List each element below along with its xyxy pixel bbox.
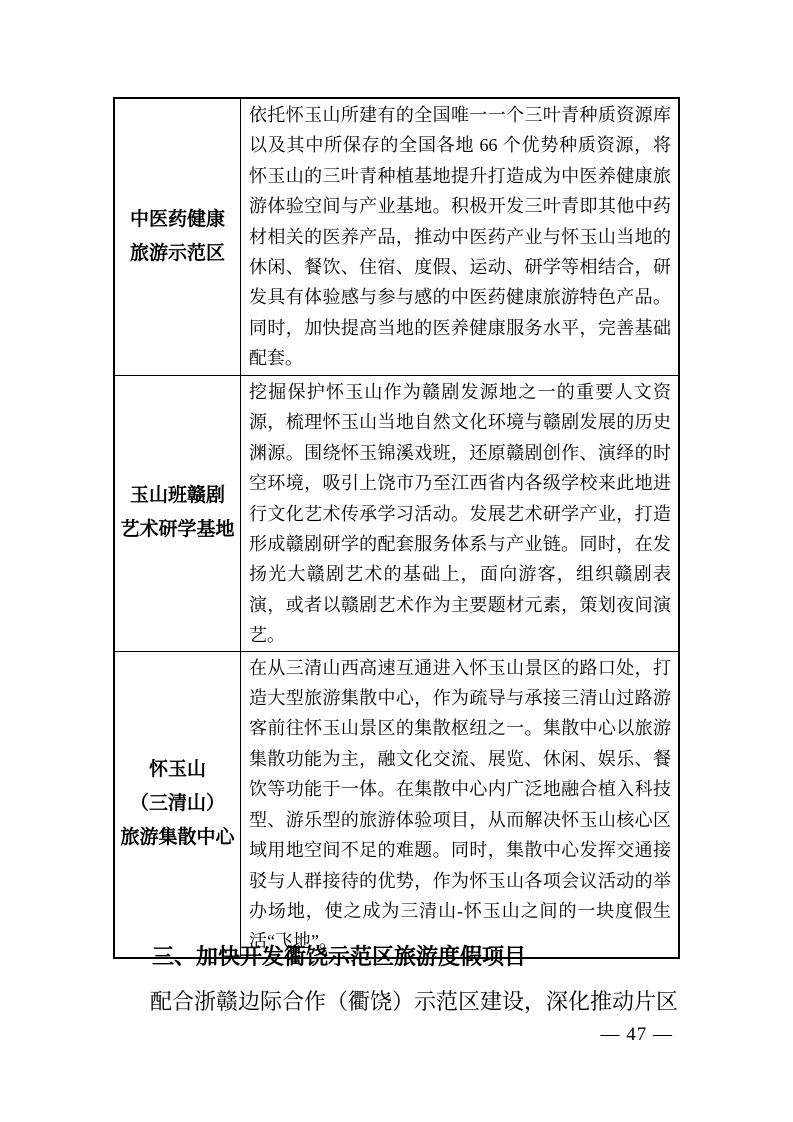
row-header-cell: 玉山班赣剧 艺术研学基地 [115, 376, 241, 651]
document-page: 中医药健康 旅游示范区 依托怀玉山所建有的全国唯一一个三叶青种质资源库以及其中所… [0, 0, 793, 1122]
row-header-line: 中医药健康 [130, 203, 225, 237]
row-header-line: 玉山班赣剧 [130, 479, 225, 513]
table-row-tourist-distribution-center: 怀玉山 （三清山） 旅游集散中心 在从三清山西高速互通进入怀玉山景区的路口处，打… [115, 651, 678, 957]
row-header-line: 旅游示范区 [130, 237, 225, 271]
row-header-line: 怀玉山 [149, 753, 206, 787]
page-number: — 47 — [601, 1024, 674, 1046]
table-row-tcm-health-tourism-zone: 中医药健康 旅游示范区 依托怀玉山所建有的全国唯一一个三叶青种质资源库以及其中所… [115, 99, 678, 375]
row-header-line: 艺术研学基地 [120, 513, 234, 547]
section-heading: 三、加快开发衢饶示范区旅游度假项目 [152, 942, 526, 972]
project-table: 中医药健康 旅游示范区 依托怀玉山所建有的全国唯一一个三叶青种质资源库以及其中所… [113, 97, 680, 959]
row-content-cell: 挖掘保护怀玉山作为赣剧发源地之一的重要人文资源，梳理怀玉山当地自然文化环境与赣剧… [241, 376, 678, 651]
row-header-cell: 怀玉山 （三清山） 旅游集散中心 [115, 652, 241, 957]
table-row-gan-opera-study-base: 玉山班赣剧 艺术研学基地 挖掘保护怀玉山作为赣剧发源地之一的重要人文资源，梳理怀… [115, 375, 678, 651]
row-header-line: 旅游集散中心 [120, 821, 234, 855]
row-header-cell: 中医药健康 旅游示范区 [115, 99, 241, 375]
body-paragraph: 配合浙赣边际合作（衢饶）示范区建设，深化推动片区 [150, 985, 710, 1019]
row-content-cell: 依托怀玉山所建有的全国唯一一个三叶青种质资源库以及其中所保存的全国各地 66 个… [241, 99, 678, 375]
row-content-cell: 在从三清山西高速互通进入怀玉山景区的路口处，打造大型旅游集散中心，作为疏导与承接… [241, 652, 678, 957]
row-header-line: （三清山） [130, 787, 225, 821]
